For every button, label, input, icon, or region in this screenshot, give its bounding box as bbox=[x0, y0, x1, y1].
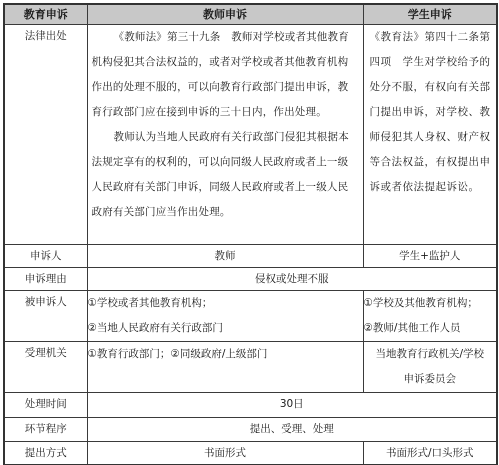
student-respondent: ①学校及其他教育机构； ②教师/其他工作人员 bbox=[363, 291, 497, 342]
teacher-respondent-2: ②当地人民政府有关行政部门 bbox=[88, 316, 363, 341]
student-legal-source: 《教育法》第四十二条第四项 学生对学校给予的处分不服，有权向有关部门提出申诉，对… bbox=[363, 25, 497, 245]
row-appellant: 申诉人 教师 学生+监护人 bbox=[4, 245, 497, 268]
row-label: 被申诉人 bbox=[4, 291, 87, 342]
appeal-reason: 侵权或处理不服 bbox=[87, 268, 497, 291]
row-legal-source: 法律出处 《教师法》第三十九条 教师对学校或者其他教育机构侵犯其合法权益的，或者… bbox=[4, 25, 497, 245]
student-respondent-1: ①学校及其他教育机构； bbox=[364, 291, 497, 316]
row-procedure: 环节程序 提出、受理、处理 bbox=[4, 418, 497, 442]
teacher-appellant: 教师 bbox=[87, 245, 363, 268]
student-appellant: 学生+监护人 bbox=[363, 245, 497, 268]
procedure-steps: 提出、受理、处理 bbox=[87, 418, 497, 442]
row-label: 申诉理由 bbox=[4, 268, 87, 291]
student-accepting-authority: 当地教育行政机关/学校 申诉委员会 bbox=[363, 342, 497, 393]
row-label: 受理机关 bbox=[4, 342, 87, 393]
student-submission-method: 书面形式/口头形式 bbox=[363, 442, 497, 465]
student-respondent-2: ②教师/其他工作人员 bbox=[364, 316, 497, 341]
row-processing-time: 处理时间 30日 bbox=[4, 393, 497, 418]
teacher-submission-method: 书面形式 bbox=[87, 442, 363, 465]
teacher-legal-source: 《教师法》第三十九条 教师对学校或者其他教育机构侵犯其合法权益的，或者对学校或者… bbox=[87, 25, 363, 245]
processing-time: 30日 bbox=[87, 393, 497, 418]
student-authority-line-2: 申诉委员会 bbox=[364, 367, 497, 392]
teacher-law-paragraph-2: 教师认为当地人民政府有关行政部门侵犯其根据本法规定享有的权利的，可以向同级人民政… bbox=[88, 125, 363, 225]
teacher-respondent-1: ①学校或者其他教育机构； bbox=[88, 291, 363, 316]
teacher-respondent: ①学校或者其他教育机构； ②当地人民政府有关行政部门 bbox=[87, 291, 363, 342]
appeal-comparison-table: 教育申诉 教师申诉 学生申诉 法律出处 《教师法》第三十九条 教师对学校或者其他… bbox=[3, 3, 498, 465]
student-authority-line-1: 当地教育行政机关/学校 bbox=[364, 342, 497, 367]
row-label: 提出方式 bbox=[4, 442, 87, 465]
row-label: 环节程序 bbox=[4, 418, 87, 442]
row-label: 申诉人 bbox=[4, 245, 87, 268]
student-law-paragraph: 《教育法》第四十二条第四项 学生对学校给予的处分不服，有权向有关部门提出申诉，对… bbox=[364, 25, 497, 200]
header-teacher-appeal: 教师申诉 bbox=[87, 4, 363, 25]
row-submission-method: 提出方式 书面形式 书面形式/口头形式 bbox=[4, 442, 497, 465]
teacher-accepting-authority: ①教育行政部门；②同级政府/上级部门 bbox=[87, 342, 363, 393]
row-accepting-authority: 受理机关 ①教育行政部门；②同级政府/上级部门 当地教育行政机关/学校 申诉委员… bbox=[4, 342, 497, 393]
header-category: 教育申诉 bbox=[4, 4, 87, 25]
header-row: 教育申诉 教师申诉 学生申诉 bbox=[4, 4, 497, 25]
teacher-law-paragraph-1: 《教师法》第三十九条 教师对学校或者其他教育机构侵犯其合法权益的，或者对学校或者… bbox=[88, 25, 363, 125]
row-label: 处理时间 bbox=[4, 393, 87, 418]
row-respondent: 被申诉人 ①学校或者其他教育机构； ②当地人民政府有关行政部门 ①学校及其他教育… bbox=[4, 291, 497, 342]
header-student-appeal: 学生申诉 bbox=[363, 4, 497, 25]
row-label: 法律出处 bbox=[4, 25, 87, 245]
row-appeal-reason: 申诉理由 侵权或处理不服 bbox=[4, 268, 497, 291]
